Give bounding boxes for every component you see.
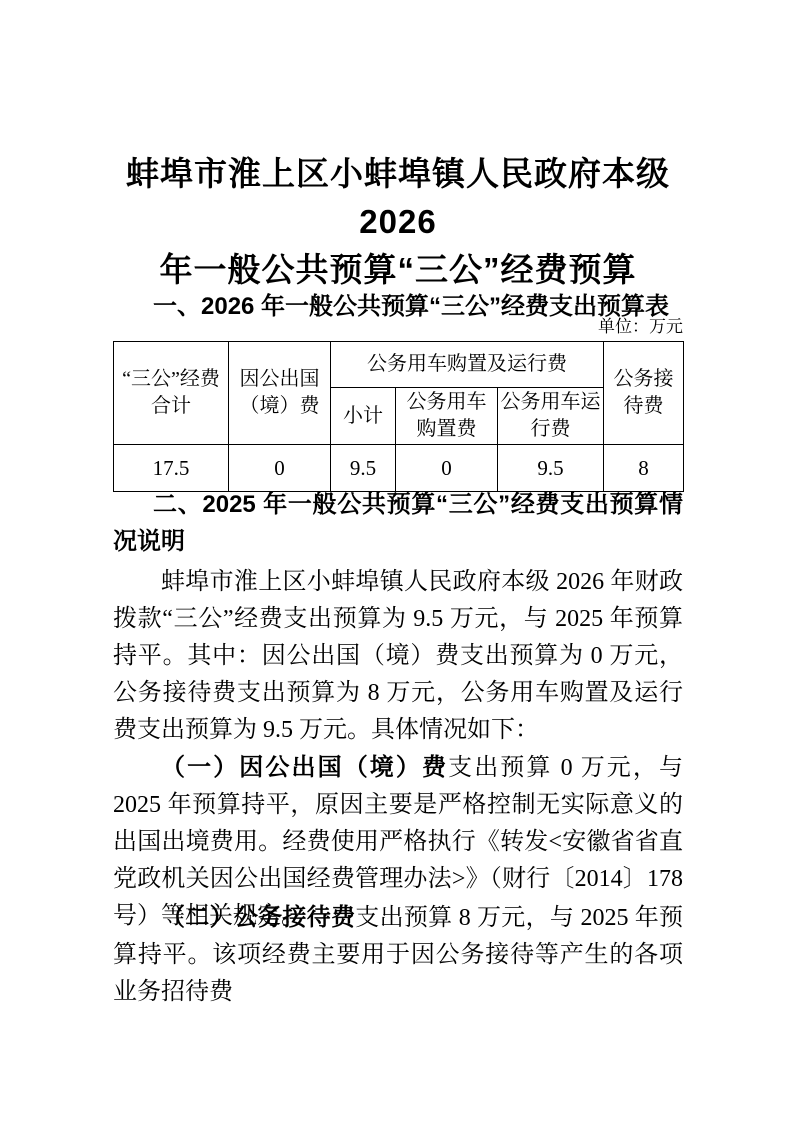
section2-heading: 二、2025 年一般公共预算“三公”经费支出预算情况说明 <box>113 486 683 560</box>
table-header-vehicle-subtotal: 小计 <box>331 388 396 445</box>
table-header-vehicle-operation: 公务用车运行费 <box>498 388 604 445</box>
document-page: 蚌埠市淮上区小蚌埠镇人民政府本级 2026 年一般公共预算“三公”经费预算 一、… <box>0 0 793 1122</box>
document-title-line-1: 蚌埠市淮上区小蚌埠镇人民政府本级 2026 <box>113 150 683 246</box>
table-value-vehicle-operation: 9.5 <box>498 445 604 492</box>
table-value-vehicle-subtotal: 9.5 <box>331 445 396 492</box>
document-title: 蚌埠市淮上区小蚌埠镇人民政府本级 2026 年一般公共预算“三公”经费预算 <box>113 150 683 294</box>
table-value-reception: 8 <box>604 445 684 492</box>
table-header-abroad: 因公出国（境）费 <box>229 342 331 445</box>
table-header-vehicle-purchase: 公务用车购置费 <box>396 388 498 445</box>
table-value-total: 17.5 <box>114 445 229 492</box>
table-header-reception: 公务接待费 <box>604 342 684 445</box>
paragraph-reception: （二）公务接待费支出预算 8 万元，与 2025 年预算持平。该项经费主要用于因… <box>113 900 683 1011</box>
table-header-total: “三公”经费合计 <box>114 342 229 445</box>
table-unit-note: 单位：万元 <box>113 316 683 338</box>
table-header-vehicle-group: 公务用车购置及运行费 <box>331 342 604 388</box>
document-title-line-2: 年一般公共预算“三公”经费预算 <box>113 246 683 294</box>
paragraph-reception-lead: （二）公务接待费 <box>161 905 355 931</box>
table-header-row-1: “三公”经费合计 因公出国（境）费 公务用车购置及运行费 公务接待费 <box>114 342 684 388</box>
table-value-abroad: 0 <box>229 445 331 492</box>
paragraph-abroad-lead: （一）因公出国（境）费 <box>161 755 448 781</box>
paragraph-overview: 蚌埠市淮上区小蚌埠镇人民政府本级 2026 年财政拨款“三公”经费支出预算为 9… <box>113 564 683 749</box>
table-value-vehicle-purchase: 0 <box>396 445 498 492</box>
table-data-row: 17.5 0 9.5 0 9.5 8 <box>114 445 684 492</box>
budget-table: “三公”经费合计 因公出国（境）费 公务用车购置及运行费 公务接待费 小计 公务… <box>113 341 684 492</box>
